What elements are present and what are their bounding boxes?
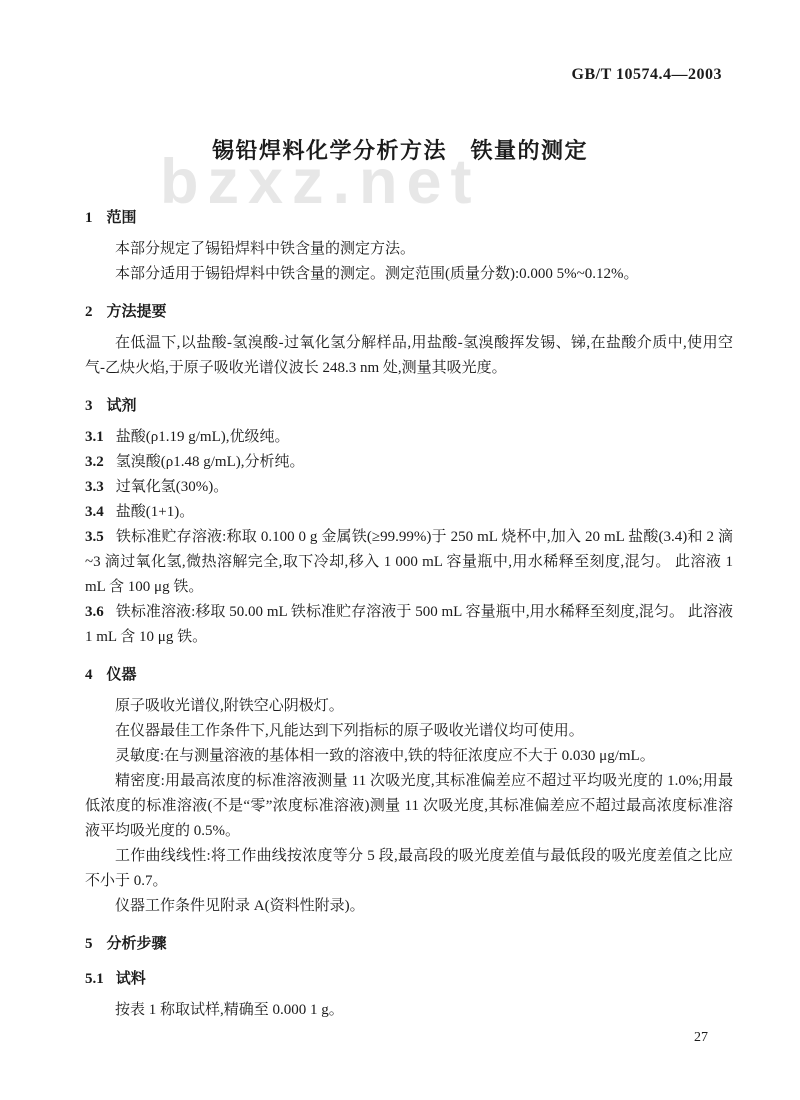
clause-text: 氢溴酸(ρ1.48 g/mL),分析纯。 xyxy=(116,454,305,470)
clause-number: 3.5 xyxy=(85,529,104,545)
appendix-reference: 仪器工作条件见附录 A(资料性附录)。 xyxy=(85,894,733,919)
section-3-heading: 3试剂 xyxy=(85,394,733,419)
clause-number: 3.4 xyxy=(85,504,104,520)
section-4-title: 仪器 xyxy=(107,667,137,683)
section-1-title: 范围 xyxy=(107,210,137,226)
document-body: 1范围 本部分规定了锡铅焊料中铁含量的测定方法。 本部分适用于锡铅焊料中铁含量的… xyxy=(85,206,733,1023)
clause-text: 盐酸(1+1)。 xyxy=(116,504,194,520)
instrument-description: 原子吸收光谱仪,附铁空心阴极灯。 xyxy=(85,694,733,719)
scope-statement: 本部分规定了锡铅焊料中铁含量的测定方法。 xyxy=(85,237,733,262)
sample-weighing-instruction: 按表 1 称取试样,精确至 0.000 1 g。 xyxy=(85,998,733,1023)
section-4-number: 4 xyxy=(85,663,93,688)
clause-text: 铁标准溶液:移取 50.00 mL 铁标准贮存溶液于 500 mL 容量瓶中,用… xyxy=(85,604,733,645)
scope-application-statement: 本部分适用于锡铅焊料中铁含量的测定。测定范围(质量分数):0.000 5%~0.… xyxy=(85,262,733,287)
clause-number: 3.1 xyxy=(85,429,104,445)
section-5-heading: 5分析步骤 xyxy=(85,932,733,957)
clause-number: 3.6 xyxy=(85,604,104,620)
clause-number: 3.2 xyxy=(85,454,104,470)
reagent-item-3-4: 3.4盐酸(1+1)。 xyxy=(85,500,733,525)
standard-code: GB/T 10574.4—2003 xyxy=(572,66,722,84)
standard-document-page: GB/T 10574.4—2003 bzxz.net 锡铅焊料化学分析方法 铁量… xyxy=(0,0,800,1100)
clause-number: 3.3 xyxy=(85,479,104,495)
clause-text: 盐酸(ρ1.19 g/mL),优级纯。 xyxy=(116,429,290,445)
section-5-1-heading: 5.1试料 xyxy=(85,967,733,992)
section-5-title: 分析步骤 xyxy=(107,936,167,952)
section-2-heading: 2方法提要 xyxy=(85,300,733,325)
reagent-item-3-6: 3.6铁标准溶液:移取 50.00 mL 铁标准贮存溶液于 500 mL 容量瓶… xyxy=(85,600,733,650)
working-curve-linearity-requirement: 工作曲线线性:将工作曲线按浓度等分 5 段,最高段的吸光度差值与最低段的吸光度差… xyxy=(85,844,733,894)
section-5-number: 5 xyxy=(85,932,93,957)
instrument-condition-statement: 在仪器最佳工作条件下,凡能达到下列指标的原子吸收光谱仪均可使用。 xyxy=(85,719,733,744)
section-2-title: 方法提要 xyxy=(107,304,167,320)
sensitivity-requirement: 灵敏度:在与测量溶液的基体相一致的溶液中,铁的特征浓度应不大于 0.030 μg… xyxy=(85,744,733,769)
page-number: 27 xyxy=(694,1030,708,1046)
document-title: 锡铅焊料化学分析方法 铁量的测定 xyxy=(0,134,800,165)
section-3-title: 试剂 xyxy=(107,398,137,414)
reagent-item-3-1: 3.1盐酸(ρ1.19 g/mL),优级纯。 xyxy=(85,425,733,450)
section-5-1-title: 试料 xyxy=(116,971,146,987)
reagent-item-3-5: 3.5铁标准贮存溶液:称取 0.100 0 g 金属铁(≥99.99%)于 25… xyxy=(85,525,733,600)
section-1-number: 1 xyxy=(85,206,93,231)
section-3-number: 3 xyxy=(85,394,93,419)
section-2-number: 2 xyxy=(85,300,93,325)
clause-text: 铁标准贮存溶液:称取 0.100 0 g 金属铁(≥99.99%)于 250 m… xyxy=(85,529,733,595)
reagent-item-3-3: 3.3过氧化氢(30%)。 xyxy=(85,475,733,500)
reagent-item-3-2: 3.2氢溴酸(ρ1.48 g/mL),分析纯。 xyxy=(85,450,733,475)
method-summary-paragraph: 在低温下,以盐酸-氢溴酸-过氧化氢分解样品,用盐酸-氢溴酸挥发锡、锑,在盐酸介质… xyxy=(85,331,733,381)
section-1-heading: 1范围 xyxy=(85,206,733,231)
clause-text: 过氧化氢(30%)。 xyxy=(116,479,229,495)
section-5-1-number: 5.1 xyxy=(85,967,104,992)
precision-requirement: 精密度:用最高浓度的标准溶液测量 11 次吸光度,其标准偏差应不超过平均吸光度的… xyxy=(85,769,733,844)
section-4-heading: 4仪器 xyxy=(85,663,733,688)
